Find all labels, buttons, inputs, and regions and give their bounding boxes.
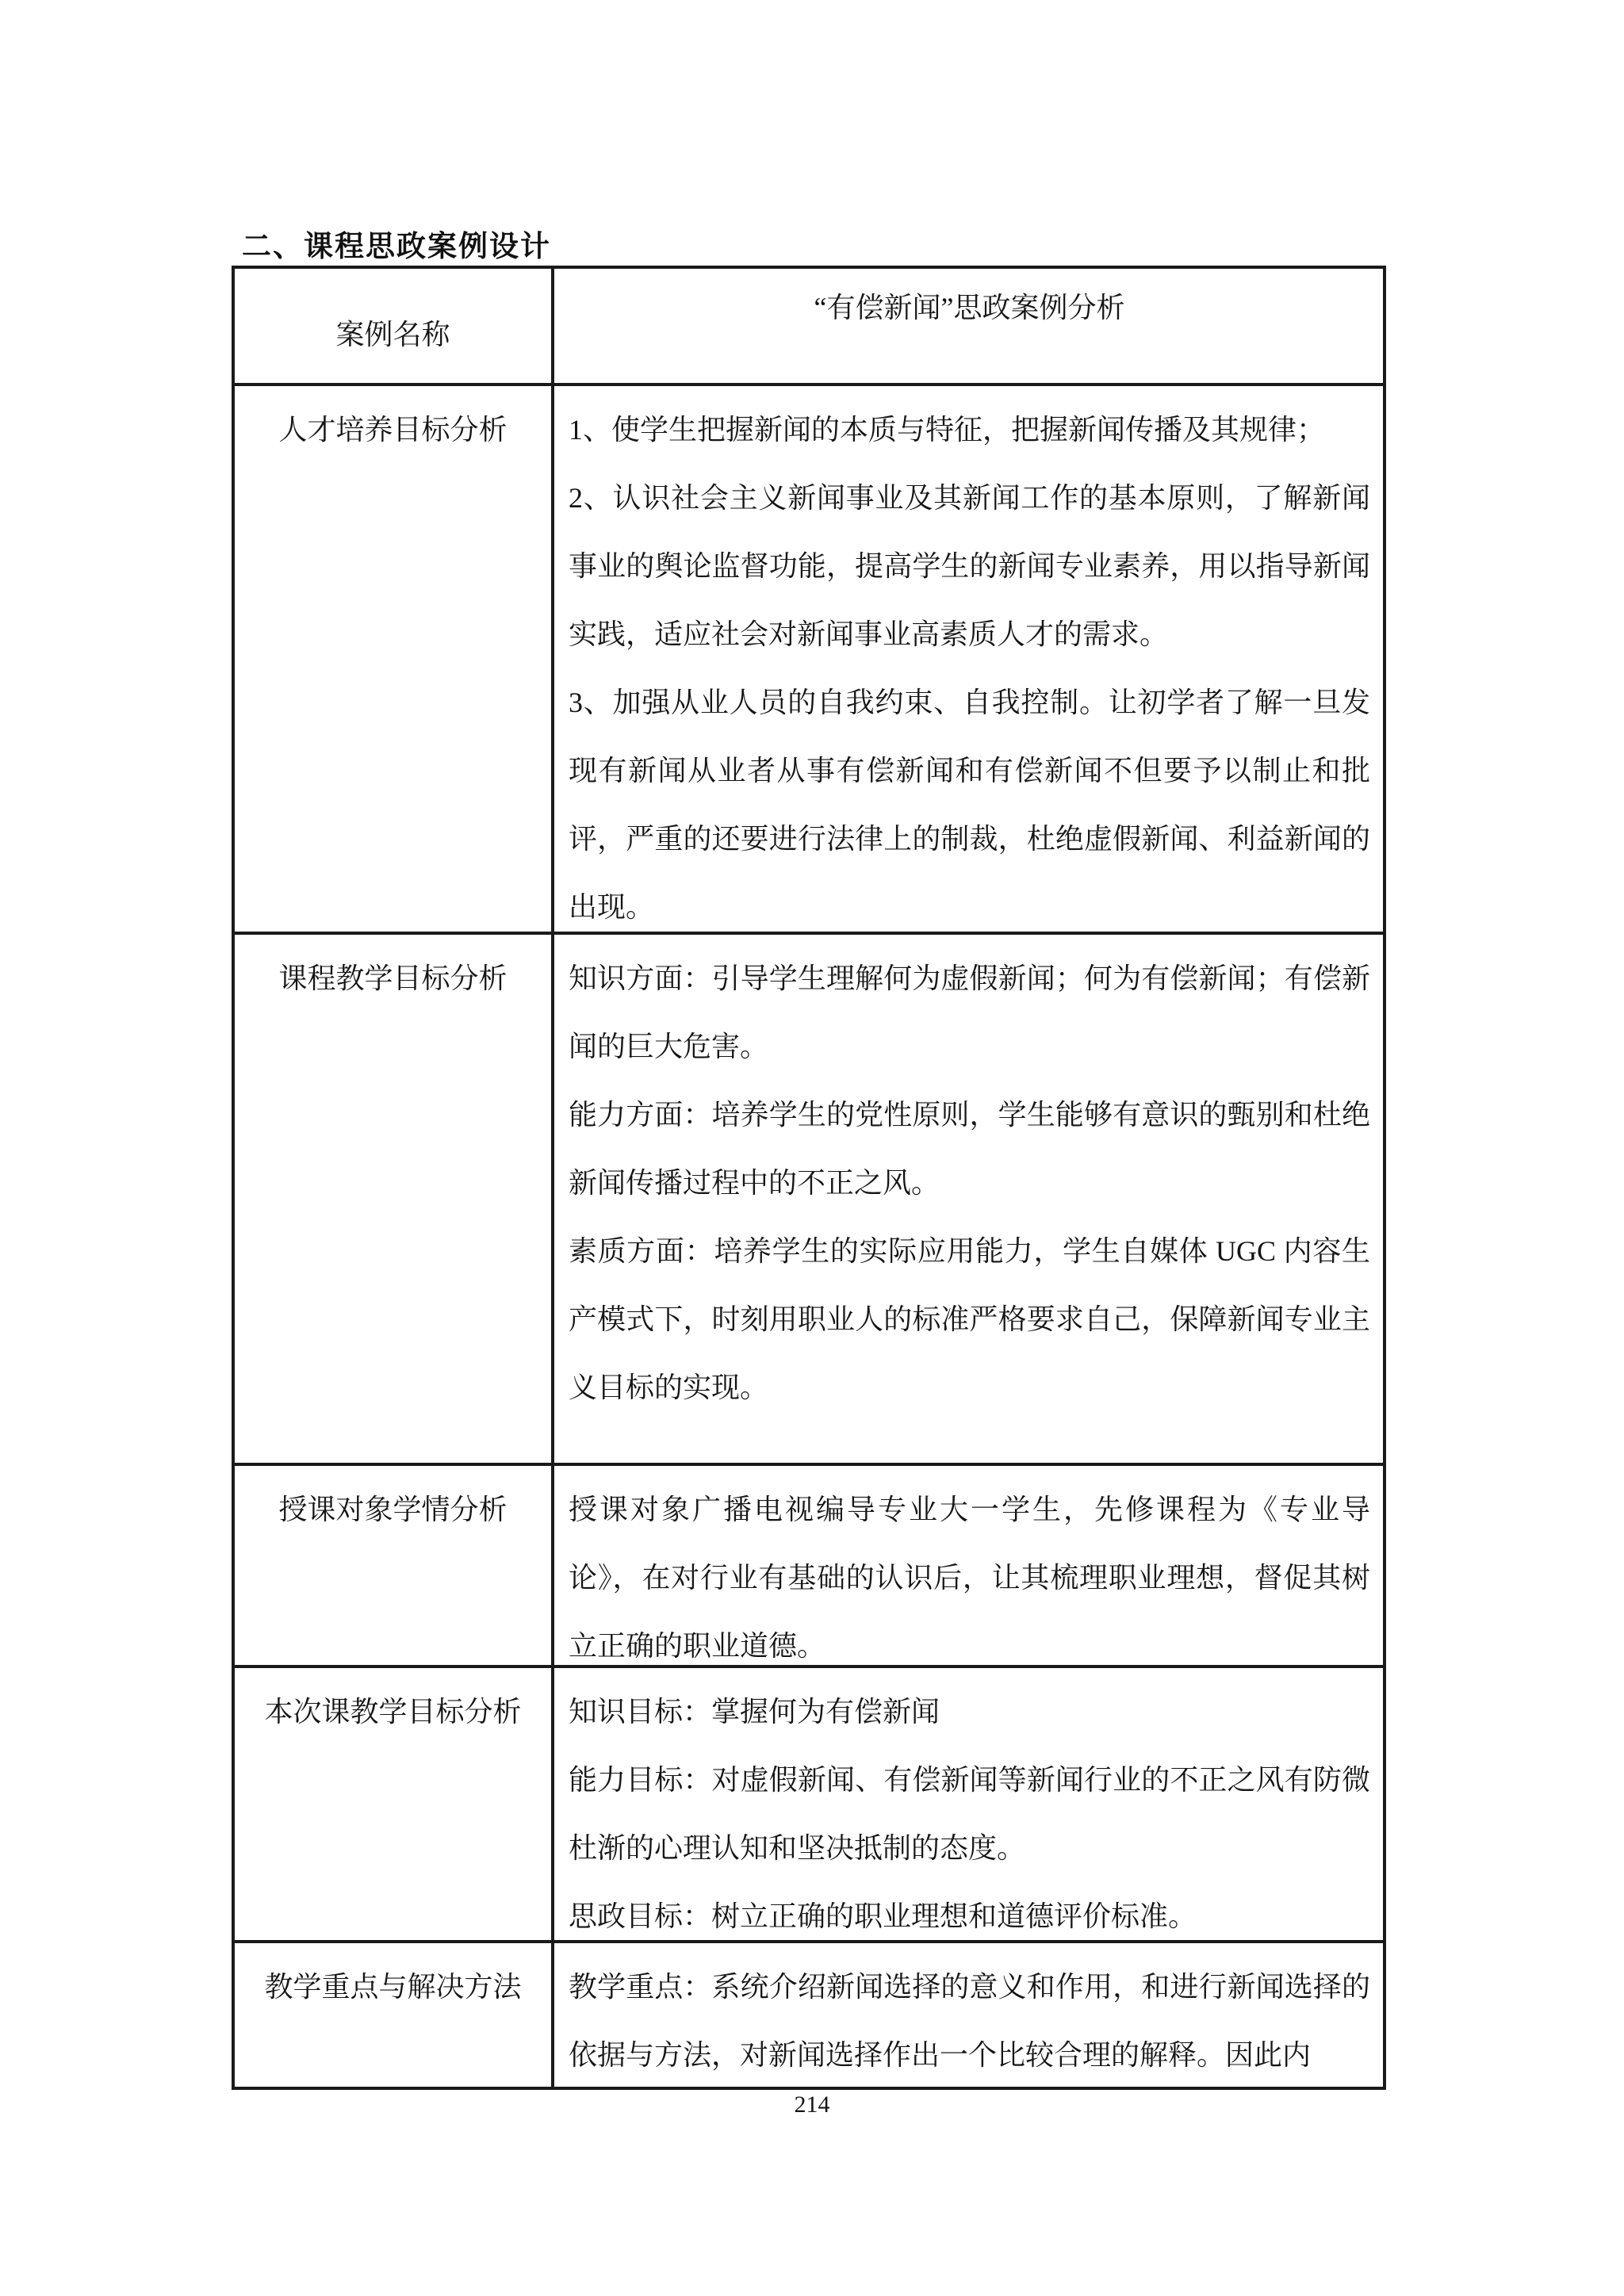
table-row-audience-analysis: 授课对象学情分析 授课对象广播电视编导专业大一学生，先修课程为《专业导论》，在对… [233,1464,1385,1667]
cell-paragraph: 能力目标：对虚假新闻、有偿新闻等新闻行业的不正之风有防微杜渐的心理认知和坚决抵制… [569,1746,1370,1882]
page-number: 214 [0,2091,1624,2118]
course-goal-content: 知识方面：引导学生理解何为虚假新闻；何为有偿新闻；有偿新闻的巨大危害。 能力方面… [554,935,1383,1463]
talent-goal-content: 1、使学生把握新闻的本质与特征，把握新闻传播及其规律； 2、认识社会主义新闻事业… [554,386,1383,932]
cell-paragraph: 素质方面：培养学生的实际应用能力，学生自媒体 UGC 内容生产模式下，时刻用职业… [569,1217,1370,1422]
row-label-audience-analysis: 授课对象学情分析 [235,1466,551,1665]
table-row-lesson-goal: 本次课教学目标分析 知识目标：掌握何为有偿新闻 能力目标：对虚假新闻、有偿新闻等… [233,1667,1385,1942]
row-label-course-goal: 课程教学目标分析 [235,935,551,1463]
table-row-course-goal: 课程教学目标分析 知识方面：引导学生理解何为虚假新闻；何为有偿新闻；有偿新闻的巨… [233,933,1385,1464]
row-label-lesson-goal: 本次课教学目标分析 [235,1668,551,1940]
table-row-talent-goal: 人才培养目标分析 1、使学生把握新闻的本质与特征，把握新闻传播及其规律； 2、认… [233,385,1385,933]
cell-paragraph: 教学重点：系统介绍新闻选择的意义和作用，和进行新闻选择的依据与方法，对新闻选择作… [569,1953,1370,2087]
cell-paragraph: 思政目标：树立正确的职业理想和道德评价标准。 [569,1882,1370,1940]
case-name-value: “有偿新闻”思政案例分析 [554,269,1383,383]
cell-paragraph: 授课对象广播电视编导专业大一学生，先修课程为《专业导论》，在对行业有基础的认识后… [569,1475,1370,1665]
cell-paragraph: 知识方面：引导学生理解何为虚假新闻；何为有偿新闻；有偿新闻的巨大危害。 [569,944,1370,1081]
case-design-table: 案例名称 “有偿新闻”思政案例分析 人才培养目标分析 1、使学生把握新闻的本质与… [232,266,1386,2090]
cell-paragraph: 1、使学生把握新闻的本质与特征，把握新闻传播及其规律； [569,396,1370,464]
row-label-talent-goal: 人才培养目标分析 [235,386,551,932]
cell-paragraph: 能力方面：培养学生的党性原则，学生能够有意识的甄别和杜绝新闻传播过程中的不正之风… [569,1081,1370,1217]
section-heading: 二、课程思政案例设计 [242,222,551,265]
table-row-case-name: 案例名称 “有偿新闻”思政案例分析 [233,267,1385,385]
row-label-case-name: 案例名称 [235,269,551,383]
cell-paragraph: 3、加强从业人员的自我约束、自我控制。让初学者了解一旦发现有新闻从业者从事有偿新… [569,668,1370,932]
cell-paragraph: 知识目标：掌握何为有偿新闻 [569,1678,1370,1746]
audience-analysis-content: 授课对象广播电视编导专业大一学生，先修课程为《专业导论》，在对行业有基础的认识后… [554,1466,1383,1665]
document-page: 二、课程思政案例设计 案例名称 “有偿新闻”思政案例分析 人才培养目标分析 1、… [0,0,1624,2296]
table-row-teaching-focus: 教学重点与解决方法 教学重点：系统介绍新闻选择的意义和作用，和进行新闻选择的依据… [233,1942,1385,2088]
row-label-teaching-focus: 教学重点与解决方法 [235,1943,551,2087]
teaching-focus-content: 教学重点：系统介绍新闻选择的意义和作用，和进行新闻选择的依据与方法，对新闻选择作… [554,1943,1383,2087]
cell-paragraph: 2、认识社会主义新闻事业及其新闻工作的基本原则，了解新闻事业的舆论监督功能，提高… [569,464,1370,668]
lesson-goal-content: 知识目标：掌握何为有偿新闻 能力目标：对虚假新闻、有偿新闻等新闻行业的不正之风有… [554,1668,1383,1940]
